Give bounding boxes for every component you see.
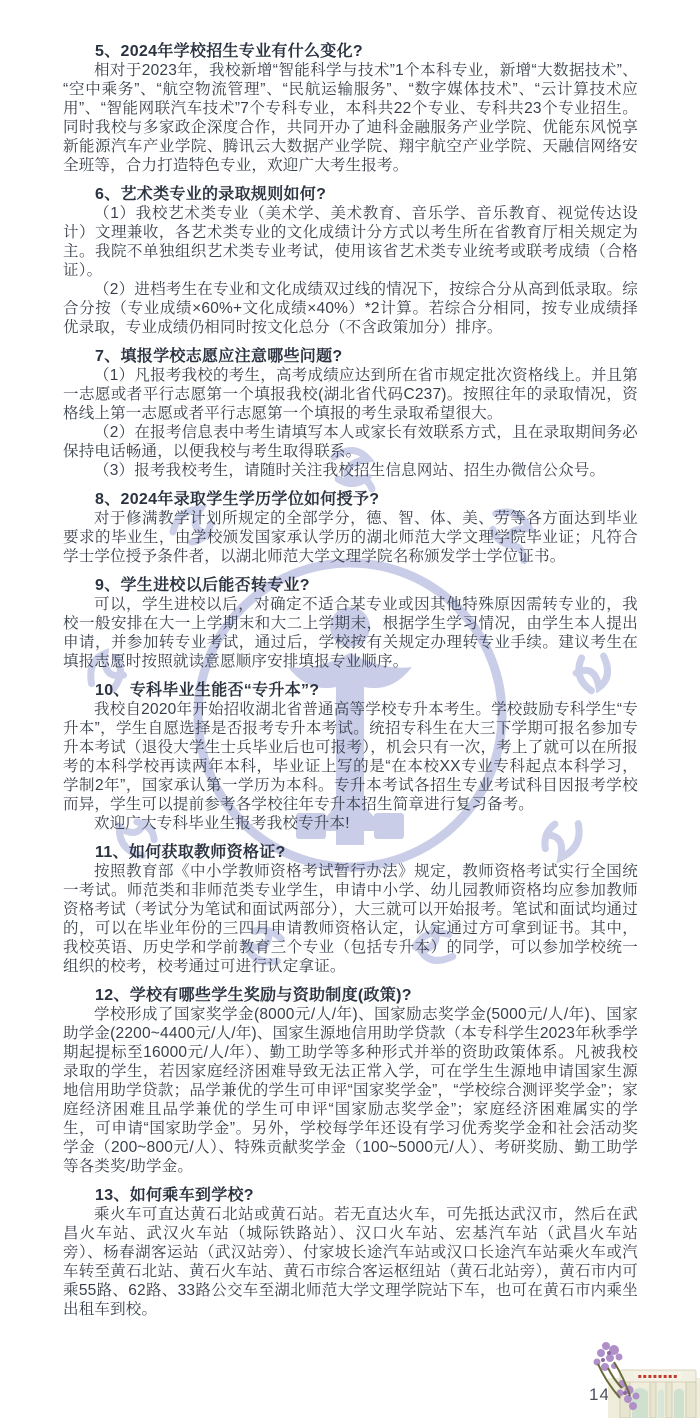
faq-question-title: 11、如何获取教师资格证? <box>63 843 638 862</box>
faq-section: 7、填报学校志愿应注意哪些问题? （1）凡报考我校的考生，高考成绩应达到所在省市… <box>63 347 638 480</box>
faq-question-title: 8、2024年录取学生学历学位如何授予? <box>63 490 638 509</box>
faq-paragraph: 相对于2023年，我校新增“智能科学与技术”1个本科专业，新增“大数据技术”、“… <box>63 61 638 175</box>
faq-question-title: 5、2024年学校招生专业有什么变化? <box>63 42 638 61</box>
faq-paragraph: 欢迎广大专科毕业生报考我校专升本! <box>63 814 638 833</box>
faq-section: 13、如何乘车到学校? 乘火车可直达黄石北站或黄石站。若无直达火车，可先抵达武汉… <box>63 1186 638 1319</box>
faq-section: 11、如何获取教师资格证? 按照教育部《中小学教师资格考试暂行办法》规定，教师资… <box>63 843 638 976</box>
faq-paragraph: 可以，学生进校以后，对确定不适合某专业或因其他特殊原因需转专业的，我校一般安排在… <box>63 595 638 671</box>
faq-section: 8、2024年录取学生学历学位如何授予? 对于修满教学计划所规定的全部学分，德、… <box>63 490 638 566</box>
faq-paragraph: （2）在报考信息表中考生请填写本人或家长有效联系方式，且在录取期间务必保持电话畅… <box>63 423 638 461</box>
flower-decoration <box>584 1338 646 1419</box>
faq-question-title: 12、学校有哪些学生奖励与资助制度(政策)? <box>63 986 638 1005</box>
faq-paragraph: （2）进档考生在专业和文化成绩双过线的情况下，按综合分从高到低录取。综合分按（专… <box>63 280 638 337</box>
faq-document-page: 5、2024年学校招生专业有什么变化? 相对于2023年，我校新增“智能科学与技… <box>0 0 700 1421</box>
faq-section: 10、专科毕业生能否“专升本”? 我校自2020年开始招收湖北省普通高等学校专升… <box>63 681 638 833</box>
faq-question-title: 9、学生进校以后能否转专业? <box>63 576 638 595</box>
faq-paragraph: （1）凡报考我校的考生，高考成绩应达到所在省市规定批次资格线上。并且第一志愿或者… <box>63 366 638 423</box>
faq-section: 6、艺术类专业的录取规则如何? （1）我校艺术类专业（美术学、美术教育、音乐学、… <box>63 185 638 337</box>
faq-paragraph: 按照教育部《中小学教师资格考试暂行办法》规定，教师资格考试实行全国统一考试。师范… <box>63 862 638 976</box>
flower-graphic <box>584 1338 646 1414</box>
faq-section: 5、2024年学校招生专业有什么变化? 相对于2023年，我校新增“智能科学与技… <box>63 42 638 175</box>
faq-question-title: 13、如何乘车到学校? <box>63 1186 638 1205</box>
faq-paragraph: 学校形成了国家奖学金(8000元/人/年)、国家励志奖学金(5000元/人/年)… <box>63 1005 638 1176</box>
faq-question-title: 10、专科毕业生能否“专升本”? <box>63 681 638 700</box>
faq-content: 5、2024年学校招生专业有什么变化? 相对于2023年，我校新增“智能科学与技… <box>63 42 638 1319</box>
faq-section: 12、学校有哪些学生奖励与资助制度(政策)? 学校形成了国家奖学金(8000元/… <box>63 986 638 1176</box>
faq-paragraph: 乘火车可直达黄石北站或黄石站。若无直达火车，可先抵达武汉市，然后在武昌火车站、武… <box>63 1205 638 1319</box>
faq-paragraph: （3）报考我校考生，请随时关注我校招生信息网站、招生办微信公众号。 <box>63 461 638 480</box>
faq-paragraph: （1）我校艺术类专业（美术学、美术教育、音乐学、音乐教育、视觉传达设计）文理兼收… <box>63 204 638 280</box>
faq-paragraph: 我校自2020年开始招收湖北省普通高等学校专升本考生。学校鼓励专科学生“专升本”… <box>63 700 638 814</box>
faq-question-title: 6、艺术类专业的录取规则如何? <box>63 185 638 204</box>
faq-paragraph: 对于修满教学计划所规定的全部学分，德、智、体、美、劳等各方面达到毕业要求的毕业生… <box>63 509 638 566</box>
faq-question-title: 7、填报学校志愿应注意哪些问题? <box>63 347 638 366</box>
faq-section: 9、学生进校以后能否转专业? 可以，学生进校以后，对确定不适合某专业或因其他特殊… <box>63 576 638 671</box>
